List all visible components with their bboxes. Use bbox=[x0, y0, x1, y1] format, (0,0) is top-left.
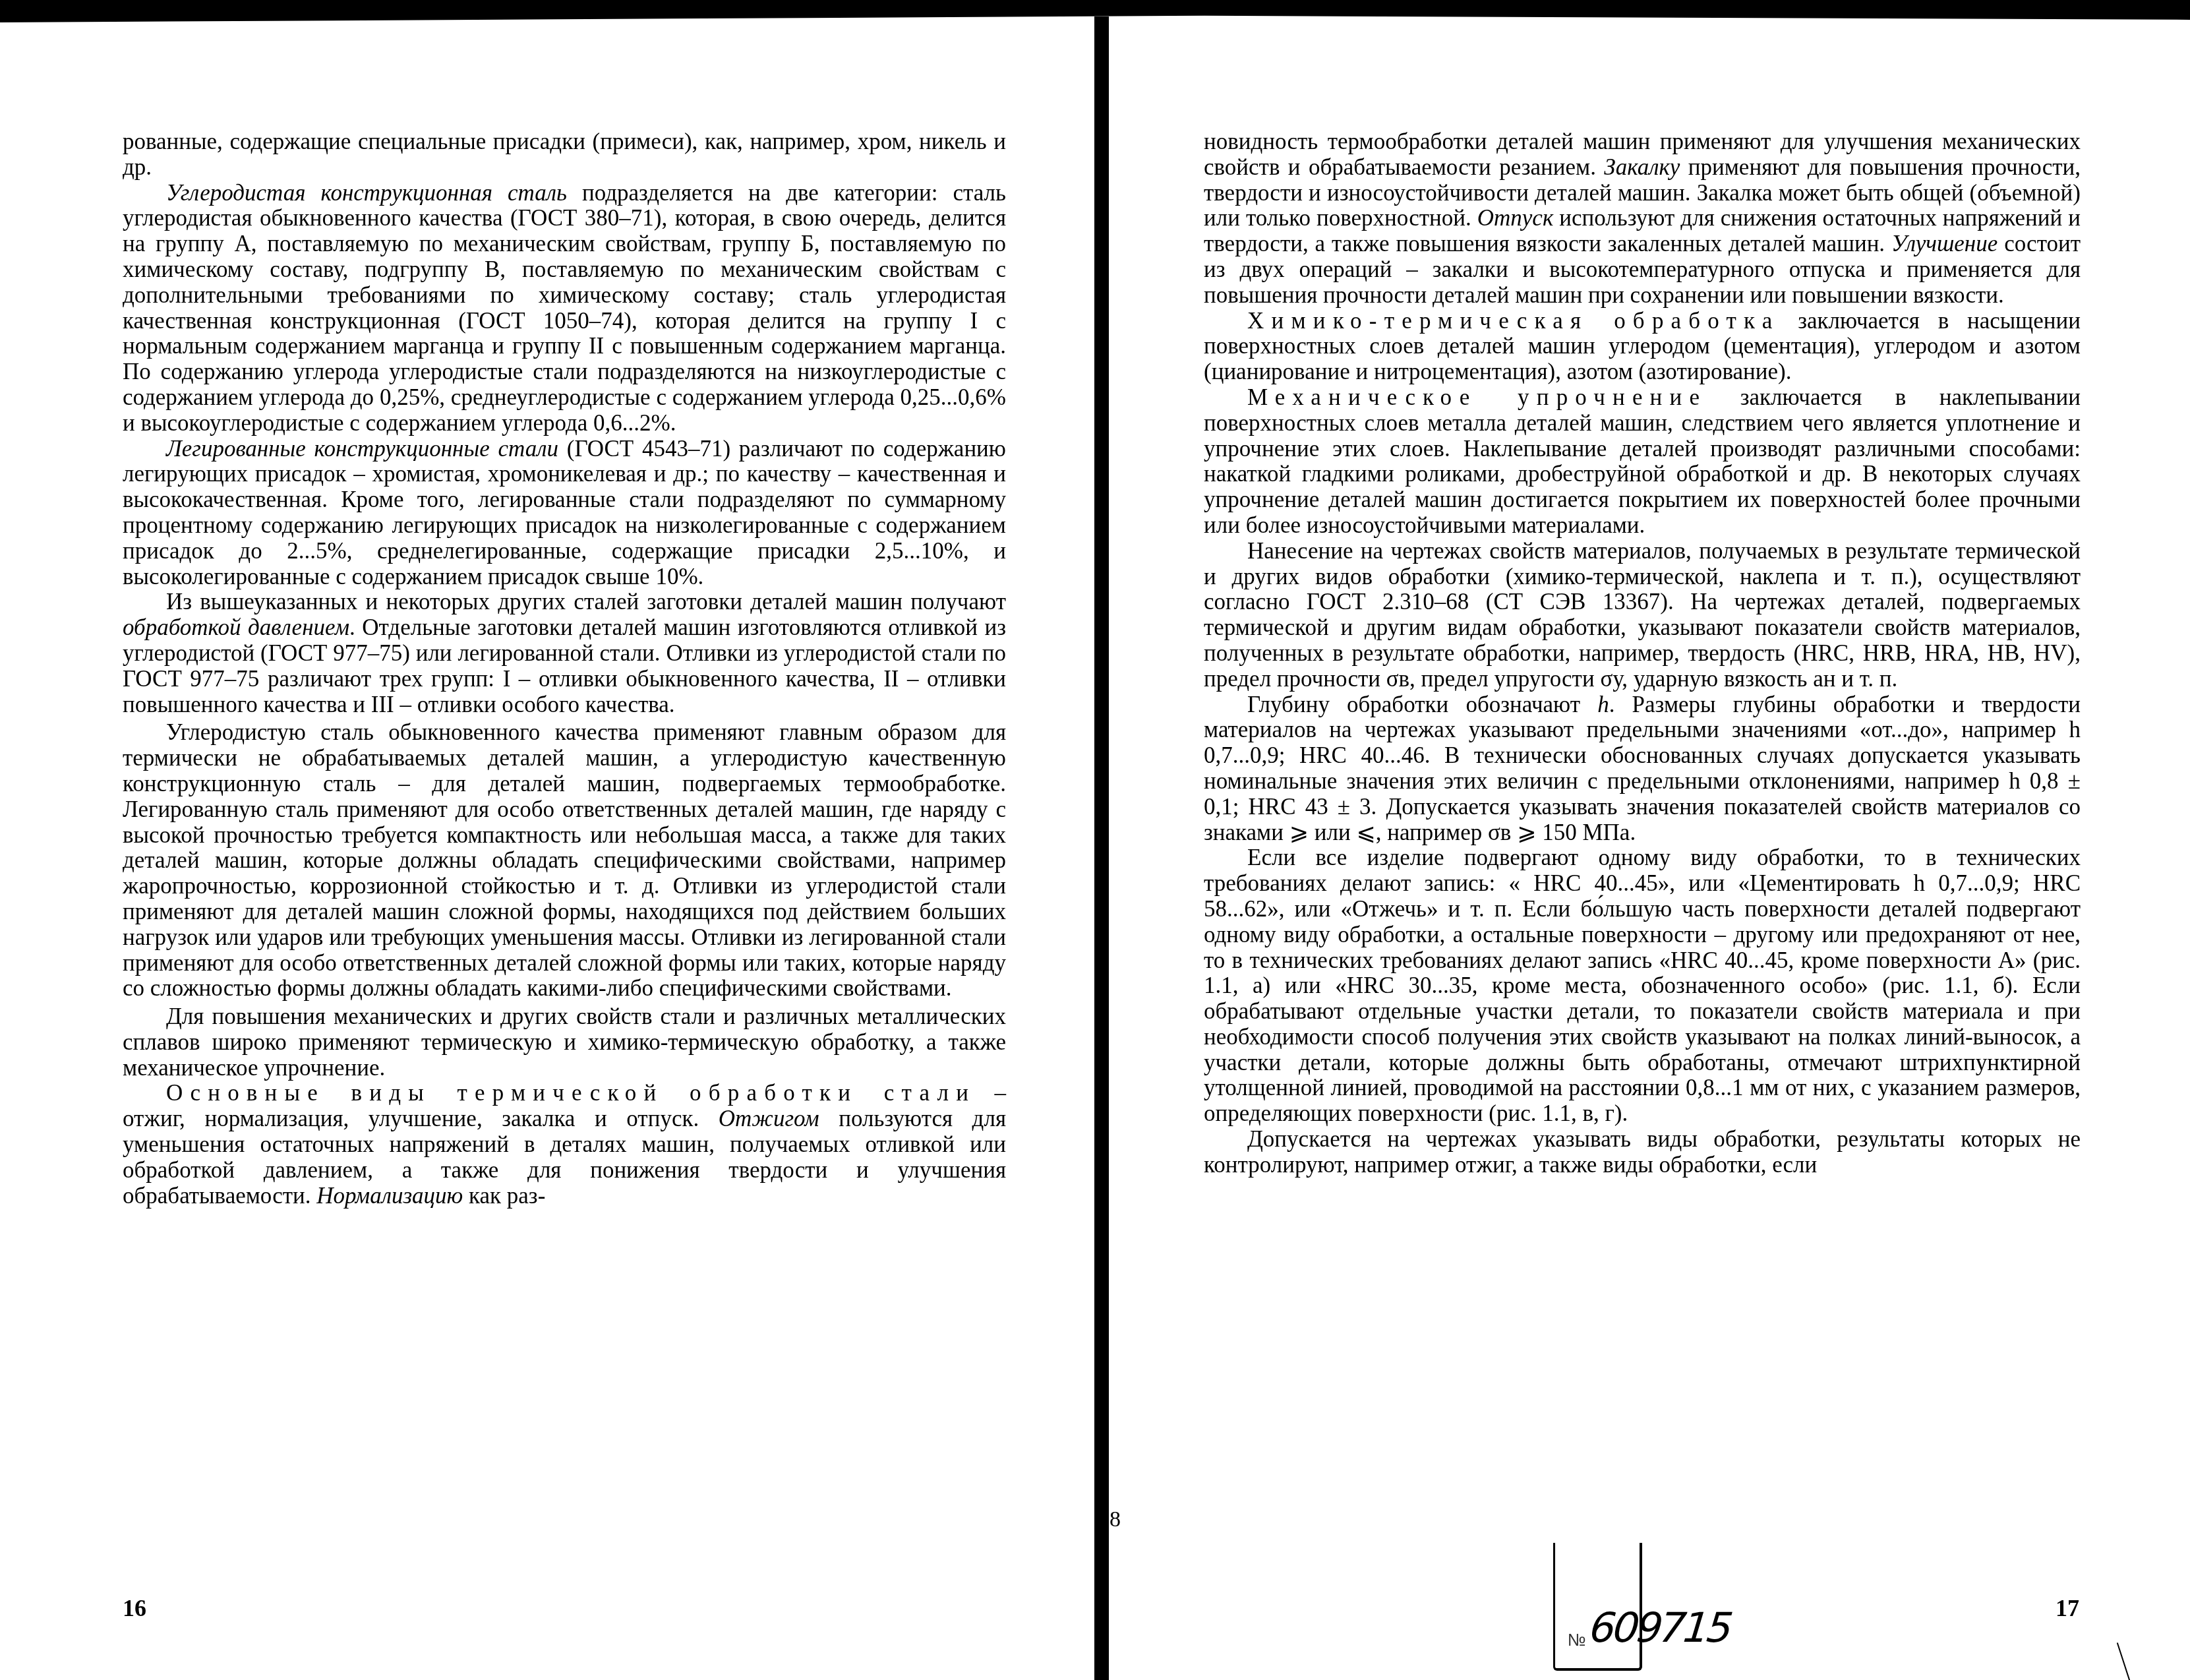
left-page-text: рованные, содержащие специальные присадк… bbox=[123, 129, 1006, 1209]
paragraph: Если все изделие подвергают одному виду … bbox=[1204, 845, 2081, 1127]
paragraph: Нанесение на чертежах свойств материалов… bbox=[1204, 539, 2081, 692]
italic-term: Легированные конструкционные стали bbox=[166, 436, 558, 462]
paragraph: Углеродистую сталь обыкновенного качеств… bbox=[123, 720, 1006, 1002]
page-number-left: 16 bbox=[123, 1594, 146, 1622]
paragraph: рованные, содержащие специальные присадк… bbox=[123, 129, 1006, 181]
paragraph: Механическое упрочнение заключается в на… bbox=[1204, 385, 2081, 539]
italic-term: Отпуск bbox=[1477, 205, 1554, 231]
paragraph: Глубину обработки обозначают h. Размеры … bbox=[1204, 692, 2081, 846]
paragraph: Из вышеуказанных и некоторых других стал… bbox=[123, 589, 1006, 717]
paragraph: Легированные конструкционные стали (ГОСТ… bbox=[123, 436, 1006, 590]
stamp-prefix: № bbox=[1568, 1630, 1586, 1650]
page-number-right: 17 bbox=[2056, 1594, 2079, 1622]
paragraph: Химико-термическая обработка заключается… bbox=[1204, 309, 2081, 385]
italic-term: Углеродистая конструкционная сталь bbox=[166, 180, 567, 206]
book-spine-shadow bbox=[1094, 16, 1109, 1680]
spaced-heading: Химико-термическая обработка bbox=[1247, 308, 1779, 334]
stamp-number: 609715 bbox=[1587, 1604, 1732, 1652]
italic-term: Улучшение bbox=[1891, 231, 1998, 256]
paragraph: Углеродистая конструкционная сталь подра… bbox=[123, 181, 1006, 436]
italic-term: Закалку bbox=[1604, 154, 1680, 180]
paragraph: Основные виды термической обработки стал… bbox=[123, 1081, 1006, 1209]
italic-term: h bbox=[1597, 692, 1609, 717]
scan-edge-artifact bbox=[2117, 1642, 2130, 1680]
paragraph: новидность термообработки деталей машин … bbox=[1204, 129, 2081, 309]
spine-mark: 8 bbox=[1110, 1509, 1121, 1531]
paragraph: Для повышения механических и других свой… bbox=[123, 1004, 1006, 1081]
italic-term: Отжигом bbox=[719, 1106, 819, 1131]
right-page-text: новидность термообработки деталей машин … bbox=[1204, 129, 2081, 1178]
spaced-heading: Основные виды термической обработки стал… bbox=[166, 1080, 976, 1106]
spaced-heading: Механическое упрочнение bbox=[1247, 384, 1707, 410]
italic-term: обработкой давлением bbox=[123, 615, 349, 640]
paragraph: Допускается на чертежах указывать виды о… bbox=[1204, 1127, 2081, 1178]
italic-term: Нормализацию bbox=[316, 1183, 463, 1209]
